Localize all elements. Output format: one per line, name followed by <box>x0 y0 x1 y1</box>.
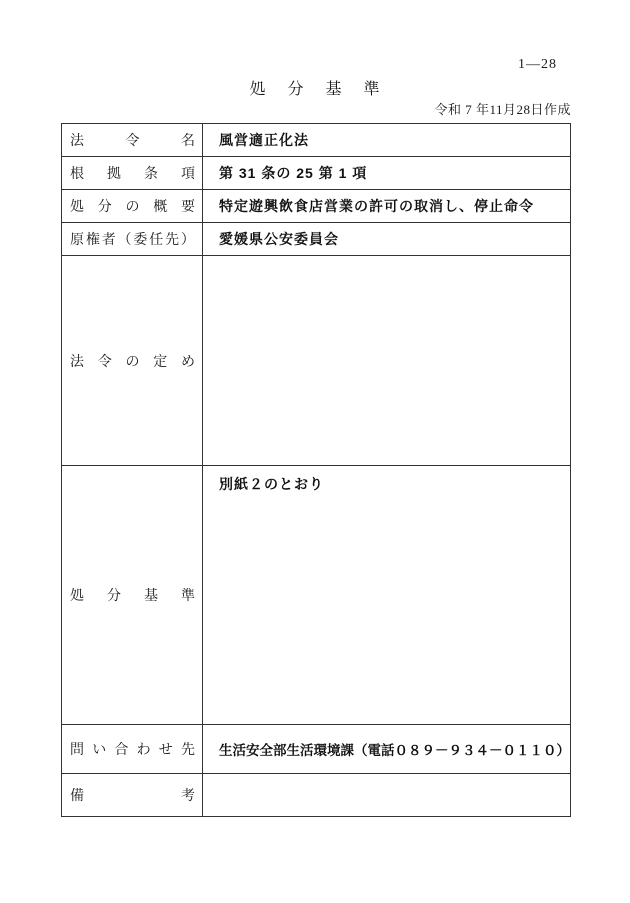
disposition-summary-value: 特定遊興飲食店営業の許可の取消し、停止命令 <box>203 190 570 222</box>
disposition-summary-label: 処分の概要 <box>62 190 203 222</box>
remarks-value <box>203 774 570 816</box>
document-page: 1—28 処 分 基 準 令和 7 年11月28日作成 法令名 風営適正化法 根… <box>0 0 630 903</box>
original-authority-value: 愛媛県公安委員会 <box>203 223 570 255</box>
contact-row: 問い合わせ先 生活安全部生活環境課（電話０８９－９３４－０１１０） <box>62 725 570 774</box>
original-authority-label: 原権者（委任先） <box>62 223 203 255</box>
creation-date: 令和 7 年11月28日作成 <box>61 102 571 117</box>
law-name-label: 法令名 <box>62 124 203 156</box>
contact-value: 生活安全部生活環境課（電話０８９－９３４－０１１０） <box>203 725 570 773</box>
original-authority-row: 原権者（委任先） 愛媛県公安委員会 <box>62 223 570 256</box>
legal-basis-row: 根拠条項 第 31 条の 25 第 1 項 <box>62 157 570 190</box>
legal-basis-value: 第 31 条の 25 第 1 項 <box>203 157 570 189</box>
contact-label: 問い合わせ先 <box>62 725 203 773</box>
legal-provisions-value <box>203 256 570 465</box>
page-number: 1—28 <box>61 56 571 73</box>
legal-provisions-label: 法令の定め <box>62 256 203 465</box>
disposition-criteria-label: 処分基準 <box>62 466 203 724</box>
legal-provisions-row: 法令の定め <box>62 256 570 466</box>
remarks-row: 備考 <box>62 774 570 816</box>
disposition-criteria-row: 処分基準 別紙２のとおり <box>62 466 570 725</box>
law-name-row: 法令名 風営適正化法 <box>62 124 570 157</box>
disposition-criteria-value: 別紙２のとおり <box>203 466 570 724</box>
disposition-summary-row: 処分の概要 特定遊興飲食店営業の許可の取消し、停止命令 <box>62 190 570 223</box>
document-title: 処 分 基 準 <box>61 80 571 100</box>
disposition-standards-table: 法令名 風営適正化法 根拠条項 第 31 条の 25 第 1 項 処分の概要 特… <box>61 123 571 817</box>
document-content: 1—28 処 分 基 準 令和 7 年11月28日作成 法令名 風営適正化法 根… <box>61 56 571 817</box>
remarks-label: 備考 <box>62 774 203 816</box>
legal-basis-label: 根拠条項 <box>62 157 203 189</box>
law-name-value: 風営適正化法 <box>203 124 570 156</box>
